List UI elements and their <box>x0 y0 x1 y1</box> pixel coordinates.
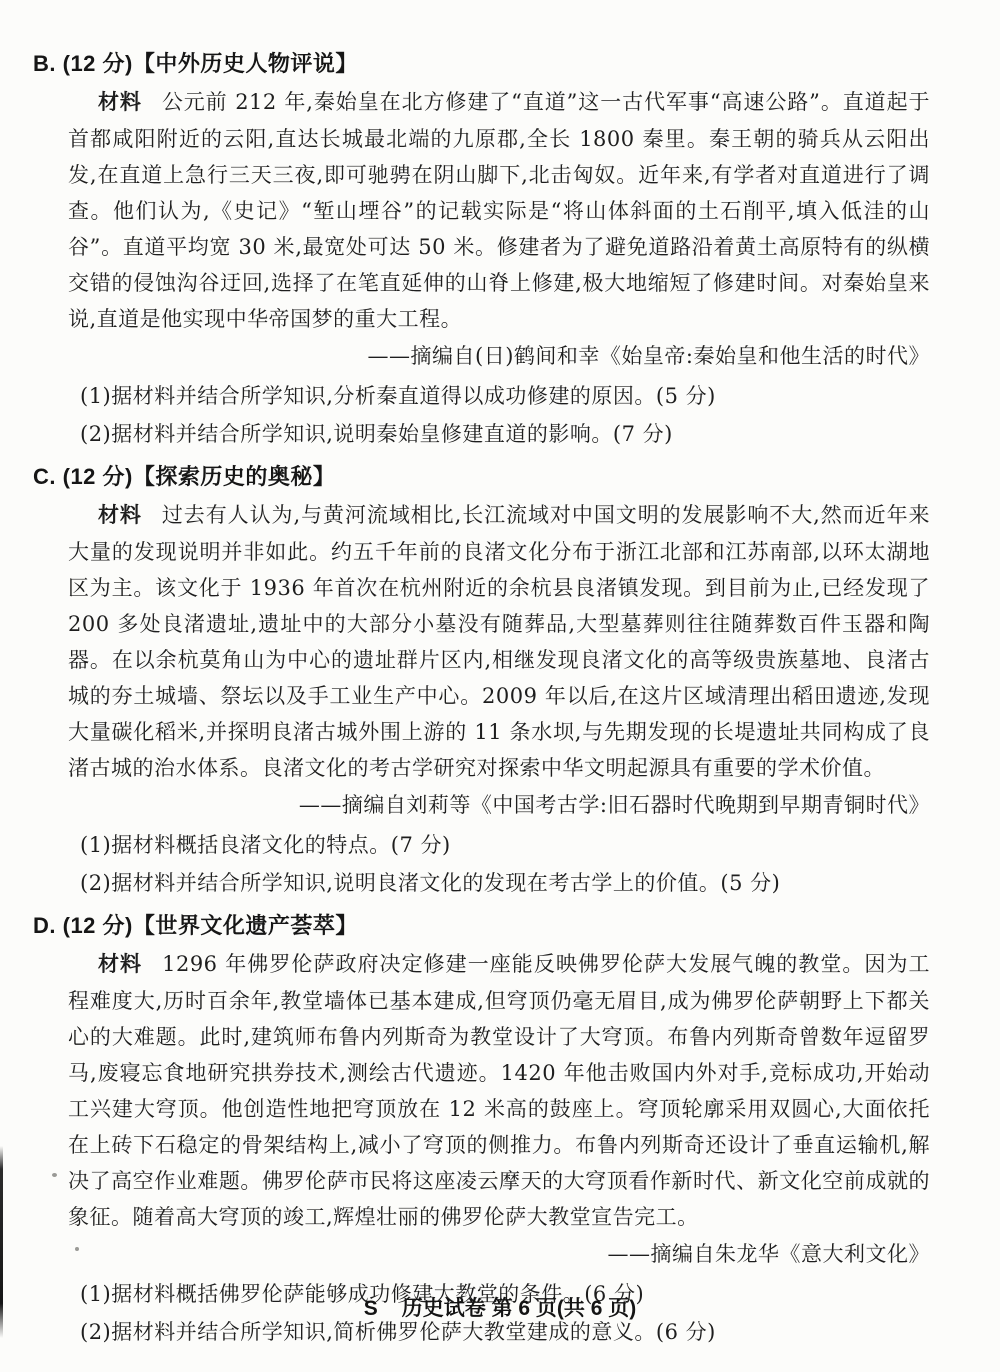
scan-speck <box>75 1247 79 1251</box>
footer-version-marker: S <box>364 1297 378 1320</box>
source-attribution: ——摘编自(日)鹤间和幸《始皇帝:秦始皇和他生活的时代》 <box>68 337 930 375</box>
scan-speck <box>52 1173 57 1177</box>
source-attribution: ——摘编自朱龙华《意大利文化》 <box>68 1235 930 1273</box>
material-paragraph: 材料1296 年佛罗伦萨政府决定修建一座能反映佛罗伦萨大发展气魄的教堂。因为工程… <box>68 946 930 1235</box>
section-heading: B. (12 分)【中外历史人物评说】 <box>33 46 930 82</box>
question-2: (2)据材料并结合所学知识,说明良渚文化的发现在考古学上的价值。(5 分) <box>80 864 930 902</box>
footer-page-label: 历史试卷 第 6 页(共 6 页) <box>402 1297 637 1320</box>
material-paragraph: 材料公元前 212 年,秦始皇在北方修建了“直道”这一古代军事“高速公路”。直道… <box>68 84 930 337</box>
scan-edge-artifact-line <box>0 1146 3 1338</box>
question-2: (2)据材料并结合所学知识,说明秦始皇修建直道的影响。(7 分) <box>80 415 930 453</box>
question-1: (1)据材料概括良渚文化的特点。(7 分) <box>80 826 930 864</box>
source-attribution: ——摘编自刘莉等《中国考古学:旧石器时代晚期到早期青铜时代》 <box>68 786 930 824</box>
material-text: 公元前 212 年,秦始皇在北方修建了“直道”这一古代军事“高速公路”。直道起于… <box>68 90 930 331</box>
material-label: 材料 <box>98 504 142 527</box>
section-b: B. (12 分)【中外历史人物评说】 材料公元前 212 年,秦始皇在北方修建… <box>33 46 930 453</box>
material-text: 过去有人认为,与黄河流域相比,长江流域对中国文明的发展影响不大,然而近年来大量的… <box>68 503 930 780</box>
section-d: D. (12 分)【世界文化遗产荟萃】 材料1296 年佛罗伦萨政府决定修建一座… <box>33 908 930 1351</box>
question-1: (1)据材料并结合所学知识,分析秦直道得以成功修建的原因。(5 分) <box>80 377 930 415</box>
page-footer: S历史试卷 第 6 页(共 6 页) <box>0 1292 1000 1322</box>
section-heading: D. (12 分)【世界文化遗产荟萃】 <box>33 908 930 944</box>
material-paragraph: 材料过去有人认为,与黄河流域相比,长江流域对中国文明的发展影响不大,然而近年来大… <box>68 497 930 786</box>
material-label: 材料 <box>98 953 142 976</box>
exam-page: B. (12 分)【中外历史人物评说】 材料公元前 212 年,秦始皇在北方修建… <box>0 0 1000 1372</box>
material-label: 材料 <box>98 91 142 114</box>
section-c: C. (12 分)【探索历史的奥秘】 材料过去有人认为,与黄河流域相比,长江流域… <box>33 459 930 902</box>
material-text: 1296 年佛罗伦萨政府决定修建一座能反映佛罗伦萨大发展气魄的教堂。因为工程难度… <box>68 952 930 1229</box>
page-content: B. (12 分)【中外历史人物评说】 材料公元前 212 年,秦始皇在北方修建… <box>0 0 1000 1351</box>
section-heading: C. (12 分)【探索历史的奥秘】 <box>33 459 930 495</box>
